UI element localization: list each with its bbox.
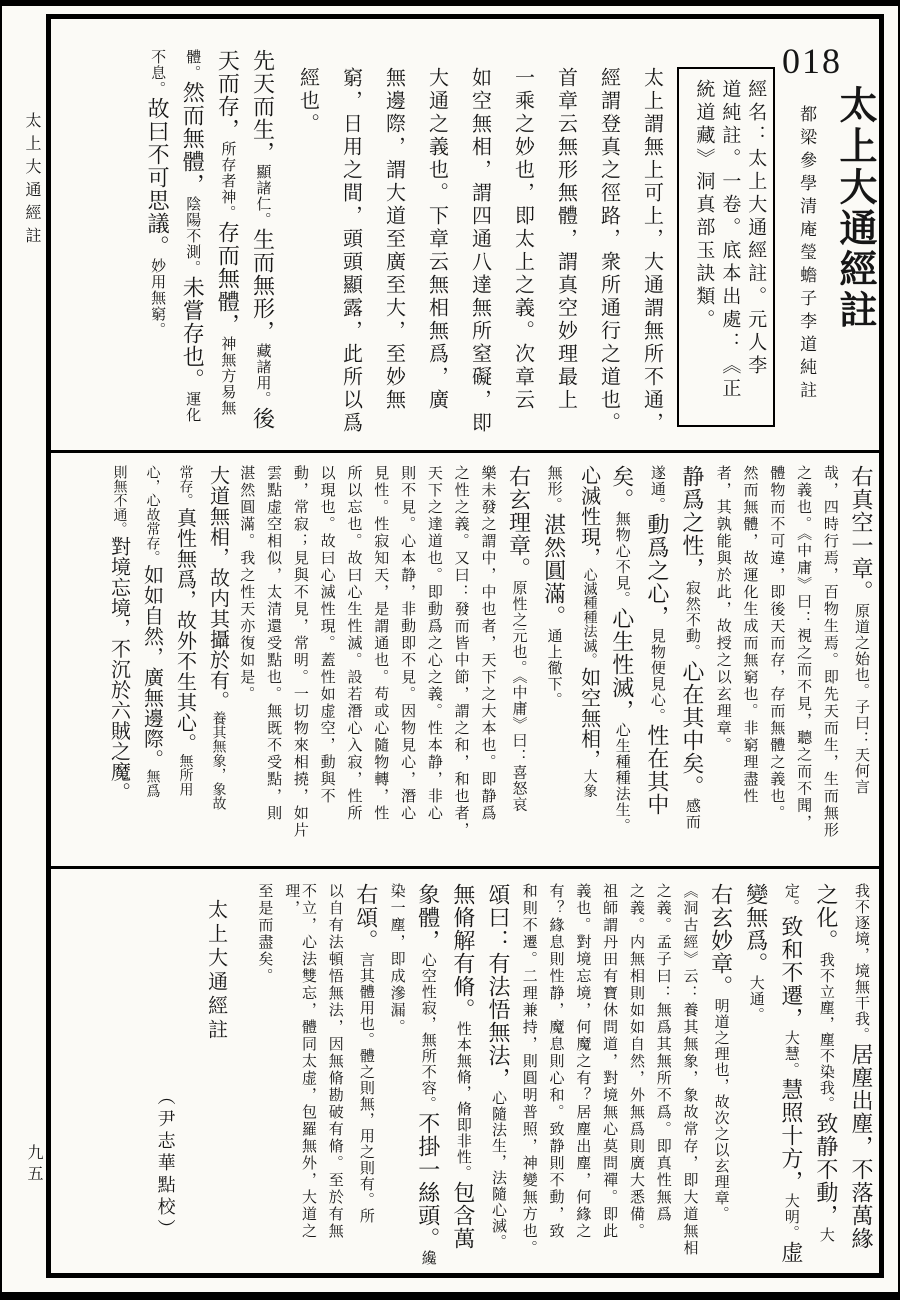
text-column: 則無不通。對境忘境，不沉於六賊之魔。	[107, 459, 128, 855]
text-column: 經謂登真之徑路，衆所通行之道也。	[597, 23, 618, 443]
text-column: 體。然而無體，陰陽不測。未嘗存也。運化	[181, 23, 204, 443]
text-column: 之義也。《中庸》曰：視之而不見，聽之而不聞，	[794, 459, 811, 855]
text-column: 一乘之妙也，即太上之義。次章云	[511, 23, 532, 443]
text-column: 大道無相，故内其攝於有。養其無象，象故	[206, 459, 227, 855]
text-column: 天下之達道也。即動爲之心之義。性本静，非心	[425, 459, 442, 855]
text-column: 心，心故常存。如如自然，廣無邊際。無爲	[140, 459, 161, 855]
scan-edge-bottom	[0, 1292, 900, 1300]
text-column: 所以忘也。故曰心生性滅。設若潛心入寂，性所	[345, 459, 362, 855]
section-divider	[51, 866, 879, 869]
text-column: 以自有法頓悟無法，因無脩勘破有脩。至於有無	[326, 877, 343, 1273]
text-column: 静爲之性，寂然不動。心在其中矣。感而	[681, 459, 704, 855]
text-column: 然而無體，故運化生成而無窮也。非窮理盡性	[741, 459, 758, 855]
scan-edge-top	[0, 0, 900, 6]
text-column: 有？緣息則性静，魔息則心和。致静則不動，致	[547, 877, 564, 1273]
text-column: 太上謂無上可上，大通謂無所不通，	[640, 23, 661, 443]
text-column: 心滅性現，心滅種種法滅。如空無相，大象	[578, 459, 599, 855]
text-column: 無邊際，謂大道至廣至大，至妙無	[382, 23, 403, 443]
doc-number: 018	[782, 40, 842, 82]
text-column: 右頌。言其體用也。體之則無，用之則有。所	[355, 877, 378, 1273]
text-column: 以現也。故曰心滅性現。蓋性如虚空，動與不	[318, 459, 335, 855]
text-column: 至是而盡矣。	[256, 877, 273, 1273]
text-column: 動，常寂；見與不見，常明。一切物來相撓，如片	[291, 459, 308, 855]
text-column: 無形。湛然圓滿。通上徹下。	[543, 459, 566, 855]
text-column: 染一塵，即成滲漏。	[388, 877, 405, 1273]
text-column: 先天而生，顯諸仁。生而無形，藏諸用。後	[251, 23, 274, 443]
page-number: 九五	[22, 1144, 45, 1186]
text-column: 窮，日用之間，頭頭顯露，此所以爲	[339, 23, 360, 443]
text-column: 之性之義。又曰：發而皆中節，謂之和，和也者，	[452, 459, 469, 855]
text-column: 樂未發之謂中，中也者，天下之大本也。即静爲	[479, 459, 496, 855]
text-column: 頌曰：有法悟無法，心隨法生，法隨心滅。	[487, 877, 510, 1273]
text-column: 經也。	[296, 23, 317, 443]
text-column: 如空無相，謂四通八達無所窒礙，即	[468, 23, 489, 443]
section-divider	[51, 450, 879, 453]
section-commentary-1: 右真空一章。原道之始也。子曰：天何言哉，四時行焉，百物生焉。即先天而生，生而無形…	[57, 459, 873, 855]
text-column: 之義。内無相則如如自然，外無爲則廣大悉備。	[627, 877, 644, 1273]
text-column: 體物而不可違，即後天而存，存而無體之義也。	[768, 459, 785, 855]
author-column: 都梁參學清庵瑩蟾子李道純註	[797, 23, 815, 443]
text-column: 我不逐境，境無干我。居塵出塵，不落萬緣	[850, 877, 873, 1273]
book-title-repeat: 太上大通經註	[205, 877, 226, 1273]
text-column: 統道藏》洞真部玉訣類。	[693, 75, 713, 419]
text-column: 天而存，所存者神。存而無體，神無方易無	[216, 23, 239, 443]
text-column: 無脩解有脩。性本無脩，脩即非性。包含萬	[452, 877, 475, 1273]
text-column: 之化。我不立塵，塵不染我。致静不動，大	[815, 877, 838, 1273]
text-column: 雲點虚空相似，太清還受點也。無既不受點，則	[264, 459, 281, 855]
text-column: 經名：太上大通經註。元人李	[745, 75, 765, 419]
text-column: 祖師謂丹田有寶休問道，對境無心莫問禪。即此	[600, 877, 617, 1273]
text-column: 常存。真性無爲，故外不生其心。無所用	[173, 459, 194, 855]
scan-edge-left	[0, 0, 2, 1300]
text-column: 見性。性寂知天，是謂通也。苟或心隨物轉，性	[371, 459, 388, 855]
text-column: 大通之義也。下章云無相無爲，廣	[425, 23, 446, 443]
section-preface: 太上大通經註都梁參學清庵瑩蟾子李道純註經名：太上大通經註。元人李道純註。一卷。底…	[57, 23, 873, 443]
text-column: 矣。無物心不見。心生性滅，心生種種法生。	[611, 459, 634, 855]
editor-credit: （尹志華點校）	[156, 877, 175, 1273]
main-title-column: 太上大通經註	[833, 23, 873, 443]
text-column: 不立，心法雙忘，體同太虚，包羅無外，大道之理，	[282, 877, 316, 1273]
colophon-box: 經名：太上大通經註。元人李道純註。一卷。底本出處：《正統道藏》洞真部玉訣類。	[677, 67, 775, 427]
text-column: 定。致和不遷，大慧。慧照十方，大明。虚	[780, 877, 803, 1273]
text-column: 則不見。心本静，非動即不見。因物見心，潛心	[398, 459, 415, 855]
text-column: 右玄妙章。明道之理也，故次之以玄理章。	[710, 877, 733, 1273]
text-column: 首章云無形無體，謂真空妙理最上	[554, 23, 575, 443]
text-column: 象體，心空性寂，無所不容。不掛一絲頭。纔	[417, 877, 440, 1273]
text-column: 和則不遷。二理兼持，則圓明普照，神變無方也。	[520, 877, 537, 1273]
text-column: 右真空一章。原道之始也。子曰：天何言	[850, 459, 873, 855]
text-column: 不息。故曰不可思議。妙用無窮。	[146, 23, 169, 443]
text-column: 者，其孰能與於此，故授之以玄理章。	[714, 459, 731, 855]
text-column: 哉，四時行焉，百物生焉。即先天而生，生而無形	[821, 459, 838, 855]
text-column: 義也。對境忘境，何魔之有？居塵出塵，何緣之	[574, 877, 591, 1273]
text-column: 湛然圓滿。我之性天亦復如是。	[237, 459, 254, 855]
text-column: 道純註。一卷。底本出處：《正	[719, 75, 739, 419]
page-frame: 太上大通經註都梁參學清庵瑩蟾子李道純註經名：太上大通經註。元人李道純註。一卷。底…	[46, 14, 884, 1278]
text-column: 右玄理章。原性之元也。《中庸》曰：喜怒哀	[507, 459, 530, 855]
text-column: 遂通。動爲之心，見物便見心。性在其中	[646, 459, 669, 855]
section-commentary-2: 我不逐境，境無干我。居塵出塵，不落萬緣之化。我不立塵，塵不染我。致静不動，大定。…	[57, 877, 873, 1273]
text-column: 《洞古經》云：養其無象，象故常存，即大道無相	[681, 877, 698, 1273]
text-column: 之義。孟子曰：無爲其無所不爲。即真性無爲	[654, 877, 671, 1273]
margin-book-title: 太上大通經註	[20, 112, 43, 250]
text-column: 變無爲。大通。	[745, 877, 768, 1273]
